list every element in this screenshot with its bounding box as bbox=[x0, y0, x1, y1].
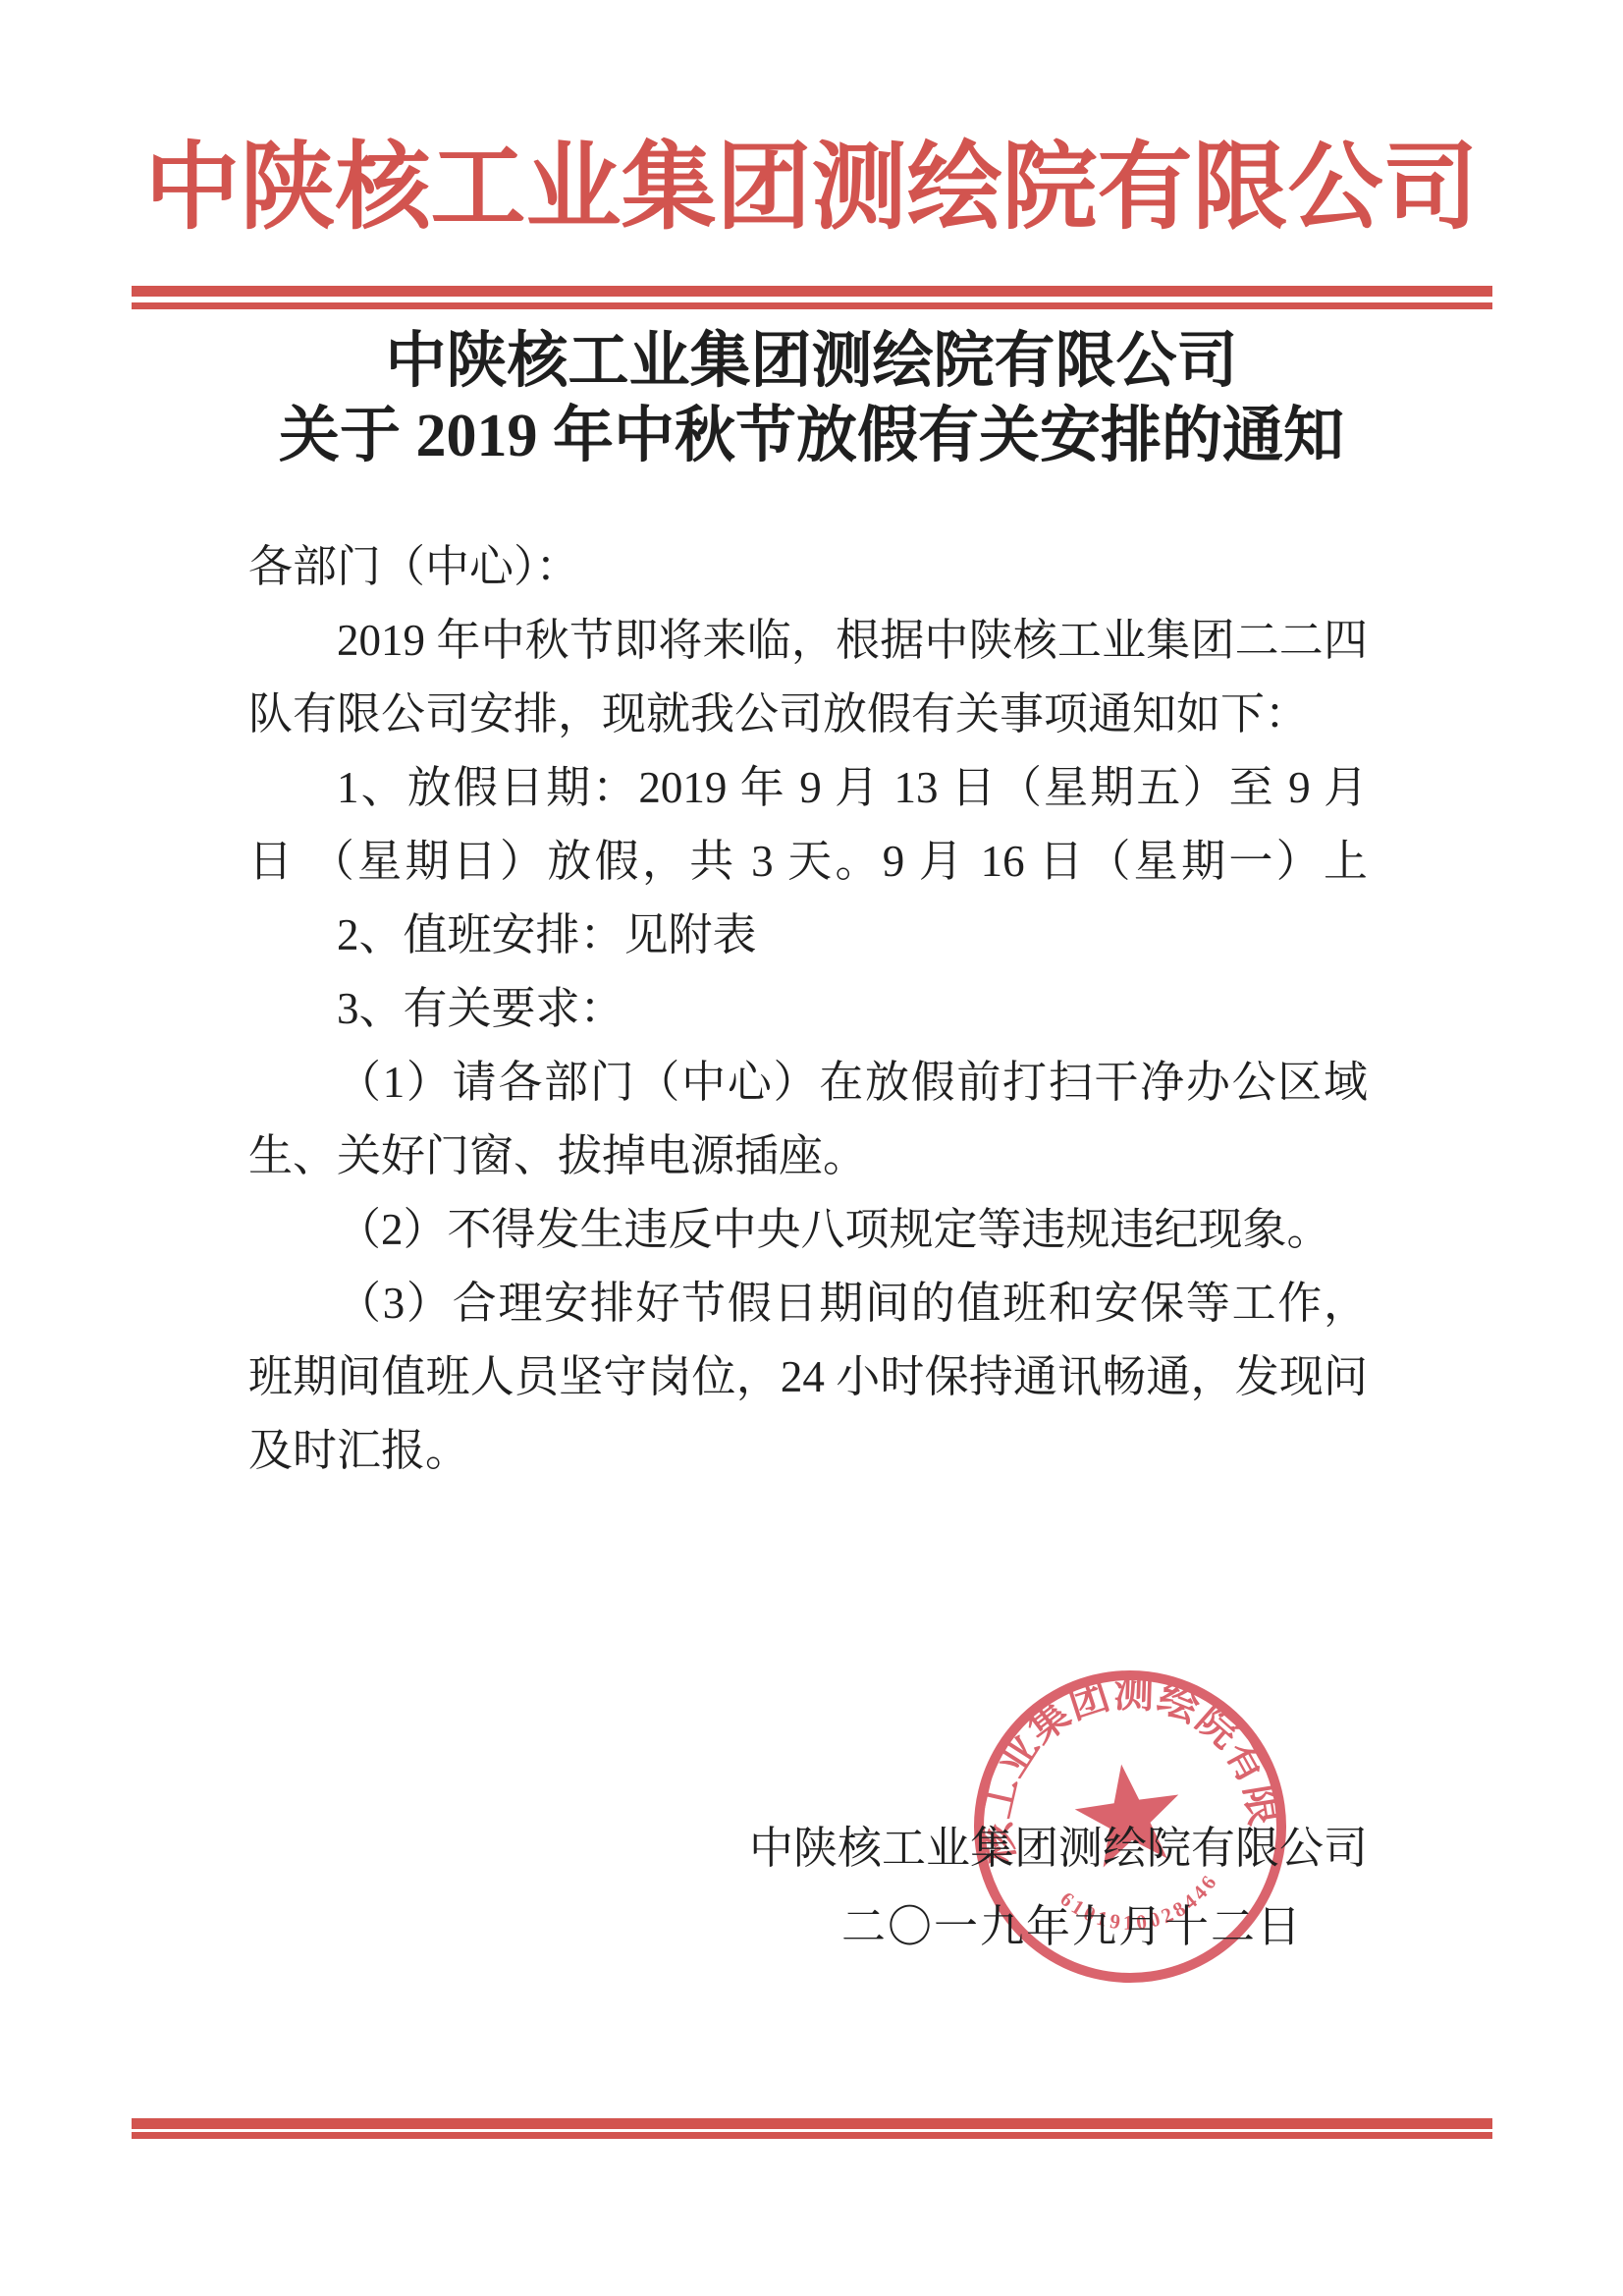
notice-document-page: 中陕核工业集团测绘院有限公司 中陕核工业集团测绘院有限公司 关于 2019 年中… bbox=[0, 0, 1623, 2296]
body-line: 及时汇报。 bbox=[248, 1414, 1368, 1488]
letterhead-rule-thin bbox=[132, 302, 1492, 309]
body-line-req-2: （2）不得发生违反中央八项规定等违规违纪现象。 bbox=[248, 1193, 1368, 1267]
document-title-line2: 关于 2019 年中秋节放假有关安排的通知 bbox=[0, 399, 1623, 473]
notice-body: 各部门（中心）： 2019 年中秋节即将来临，根据中陕核工业集团二二四大 队有限… bbox=[248, 530, 1368, 1488]
signature-company-name: 中陕核工业集团测绘院有限公司 bbox=[248, 1809, 1368, 1887]
body-line-item-2: 2、值班安排：见附表 bbox=[248, 899, 1368, 972]
body-line: 队有限公司安排，现就我公司放假有关事项通知如下： bbox=[248, 678, 1368, 751]
document-title: 中陕核工业集团测绘院有限公司 关于 2019 年中秋节放假有关安排的通知 bbox=[0, 324, 1623, 473]
body-line-salutation: 各部门（中心）： bbox=[248, 530, 1368, 604]
body-line: 日 （星期日）放假，共 3 天。9 月 16 日（星期一）上班。 bbox=[248, 825, 1368, 899]
body-line-item-3: 3、有关要求： bbox=[248, 972, 1368, 1046]
footer-rule-thin bbox=[132, 2132, 1492, 2139]
body-line-req-1: （1）请各部门（中心）在放假前打扫干净办公区域卫 bbox=[248, 1046, 1368, 1120]
document-title-line1: 中陕核工业集团测绘院有限公司 bbox=[0, 324, 1623, 399]
signature-date: 二〇一九年九月十二日 bbox=[248, 1887, 1368, 1966]
body-line-req-3: （3）合理安排好节假日期间的值班和安保等工作，值 bbox=[248, 1267, 1368, 1340]
footer-rule-thick bbox=[132, 2118, 1492, 2129]
signature-block: 中陕核工业集团测绘院有限公司 二〇一九年九月十二日 bbox=[248, 1809, 1368, 1966]
body-line-item-1: 1、放假日期：2019 年 9 月 13 日（星期五）至 9 月 15 bbox=[248, 751, 1368, 825]
body-line: 2019 年中秋节即将来临，根据中陕核工业集团二二四大 bbox=[248, 604, 1368, 678]
body-line: 生、关好门窗、拔掉电源插座。 bbox=[248, 1120, 1368, 1193]
body-line: 班期间值班人员坚守岗位，24 小时保持通讯畅通，发现问题 bbox=[248, 1340, 1368, 1414]
letterhead-company-name: 中陕核工业集团测绘院有限公司 bbox=[0, 120, 1623, 258]
letterhead-rule-thick bbox=[132, 286, 1492, 297]
